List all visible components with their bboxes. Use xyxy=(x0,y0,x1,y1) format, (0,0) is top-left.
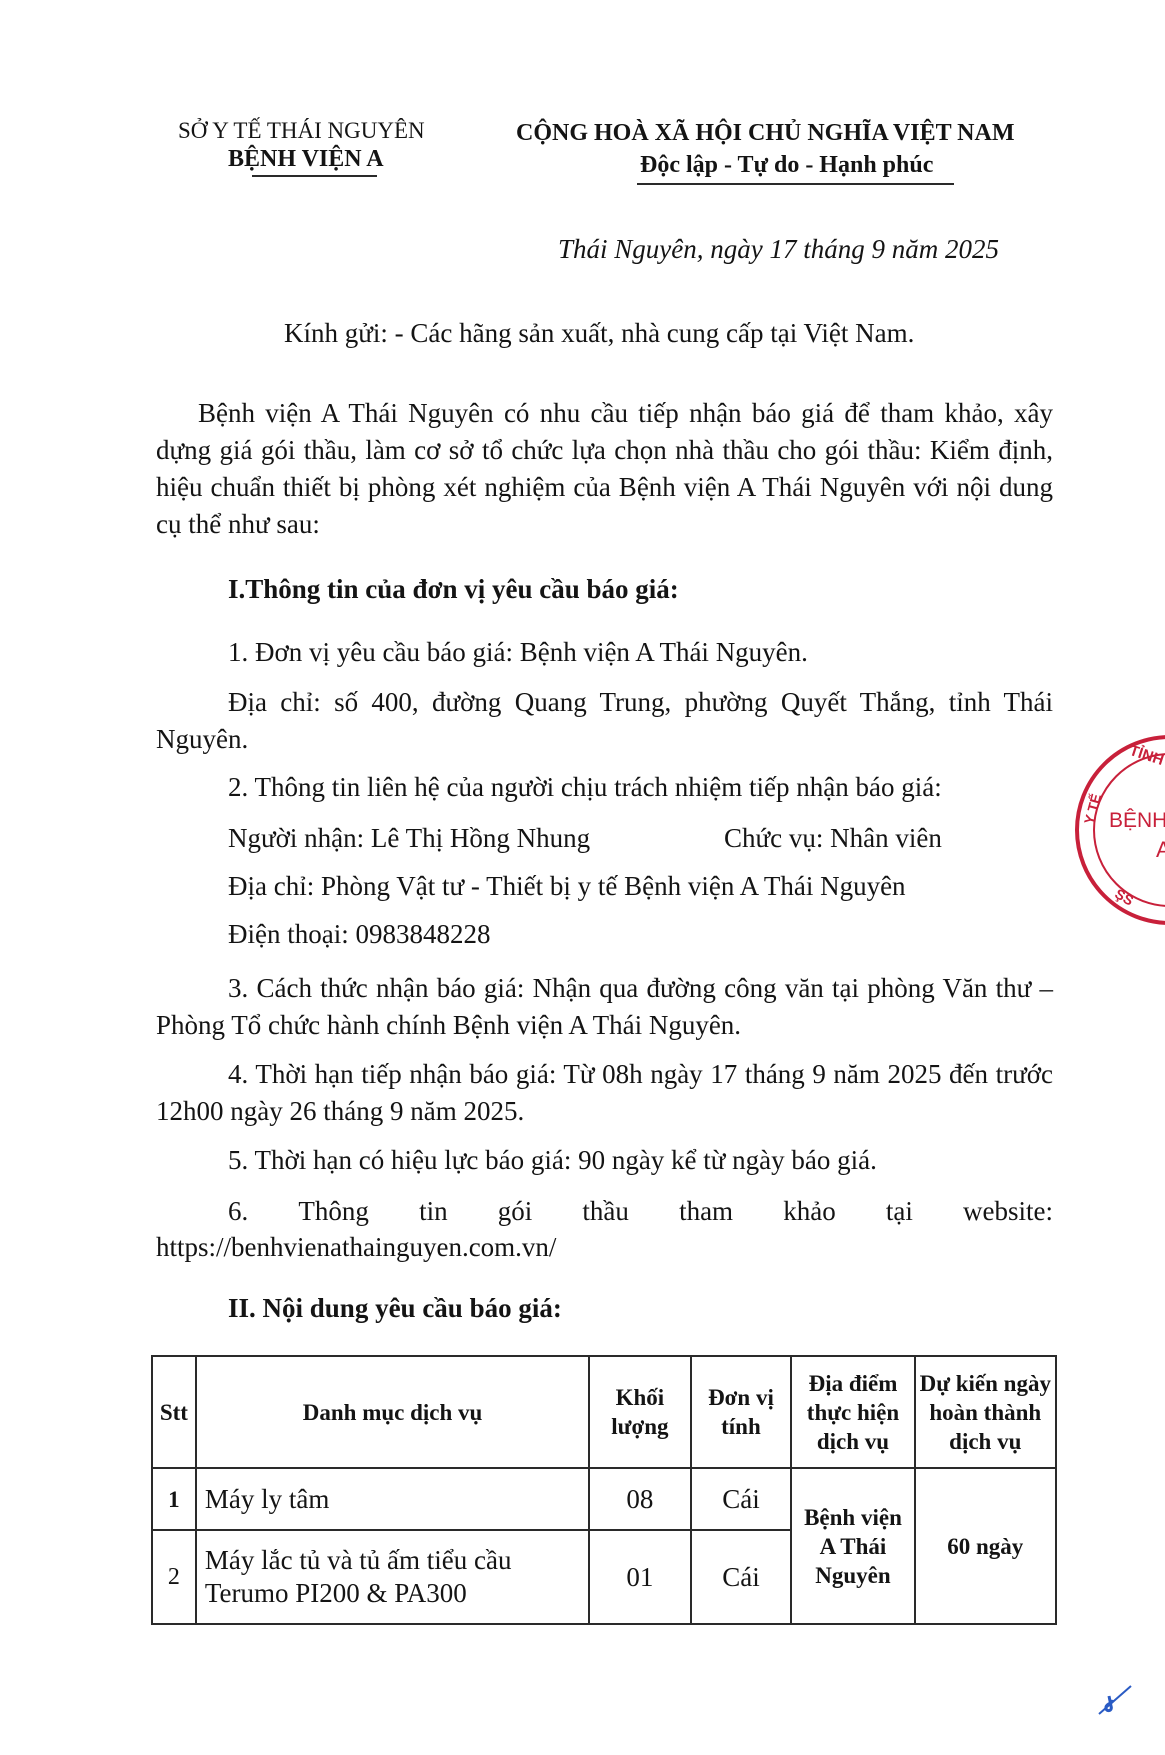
receiving-method: 3. Cách thức nhận báo giá: Nhận qua đườn… xyxy=(156,970,1053,1044)
quote-table: Stt Danh mục dịch vụ Khốilượng Đơn vịtín… xyxy=(151,1355,1057,1625)
requester-address: Địa chỉ: số 400, đường Quang Trung, phườ… xyxy=(156,684,1053,758)
row-quantity: 01 xyxy=(589,1530,690,1624)
requester-line: 1. Đơn vị yêu cầu báo giá: Bệnh viện A T… xyxy=(228,635,808,669)
stamp-center-text-2: A xyxy=(1156,837,1165,863)
contact-heading: 2. Thông tin liên hệ của người chịu trác… xyxy=(228,770,942,804)
place-date: Thái Nguyên, ngày 17 tháng 9 năm 2025 xyxy=(558,232,999,266)
agency-name: SỞ Y TẾ THÁI NGUYÊN xyxy=(178,118,425,144)
receiver-name: Người nhận: Lê Thị Hồng Nhung xyxy=(228,821,590,855)
intro-text: Bệnh viện A Thái Nguyên có nhu cầu tiếp … xyxy=(156,398,1053,539)
validity-period: 5. Thời hạn có hiệu lực báo giá: 90 ngày… xyxy=(228,1143,877,1177)
contact-address: Địa chỉ: Phòng Vật tư - Thiết bị y tế Bệ… xyxy=(228,869,906,903)
row-quantity: 08 xyxy=(589,1468,690,1530)
motto-underline xyxy=(637,183,954,185)
header-duration: Dự kiến ngàyhoàn thànhdịch vụ xyxy=(915,1356,1056,1468)
row-duration: 60 ngày xyxy=(915,1468,1056,1624)
website-line: 6. Thông tin gói thầu tham khảo tại webs… xyxy=(228,1194,1053,1228)
header-quantity: Khốilượng xyxy=(589,1356,690,1468)
receiving-deadline: 4. Thời hạn tiếp nhận báo giá: Từ 08h ng… xyxy=(156,1056,1053,1130)
intro-paragraph: Bệnh viện A Thái Nguyên có nhu cầu tiếp … xyxy=(156,395,1053,543)
header-service: Danh mục dịch vụ xyxy=(196,1356,589,1468)
row-service: Máy lắc tủ và tủ ấm tiểu cầuTerumo PI200… xyxy=(196,1530,589,1624)
stamp-center-text: BỆNH xyxy=(1109,809,1165,833)
initials-signature-icon xyxy=(1095,1680,1135,1720)
table-row: 1 Máy ly tâm 08 Cái Bệnh việnA TháiNguyê… xyxy=(152,1468,1056,1530)
recipient-line: Kính gửi: - Các hãng sản xuất, nhà cung … xyxy=(284,316,914,350)
row-stt: 2 xyxy=(152,1530,196,1624)
row-location: Bệnh việnA TháiNguyên xyxy=(791,1468,914,1624)
row-unit: Cái xyxy=(691,1530,792,1624)
row-stt: 1 xyxy=(152,1468,196,1530)
hospital-name: BỆNH VIỆN A xyxy=(228,146,384,173)
contact-phone: Điện thoại: 0983848228 xyxy=(228,917,490,951)
country-name: CỘNG HOÀ XÃ HỘI CHỦ NGHĨA VIỆT NAM xyxy=(516,120,1015,147)
row-unit: Cái xyxy=(691,1468,792,1530)
section-1-title: I.Thông tin của đơn vị yêu cầu báo giá: xyxy=(228,572,679,606)
motto: Độc lập - Tự do - Hạnh phúc xyxy=(640,152,933,179)
receiver-position: Chức vụ: Nhân viên xyxy=(724,821,942,855)
header-location: Địa điểmthực hiệndịch vụ xyxy=(791,1356,914,1468)
header-unit: Đơn vịtính xyxy=(691,1356,792,1468)
official-stamp: TỈNH Y TẾ BỆNH A ŞS xyxy=(1075,735,1165,925)
row-service: Máy ly tâm xyxy=(196,1468,589,1530)
hospital-underline xyxy=(252,175,377,177)
table-header-row: Stt Danh mục dịch vụ Khốilượng Đơn vịtín… xyxy=(152,1356,1056,1468)
website-link[interactable]: https://benhvienathainguyen.com.vn/ xyxy=(156,1230,556,1264)
section-2-title: II. Nội dung yêu cầu báo giá: xyxy=(228,1291,562,1325)
header-stt: Stt xyxy=(152,1356,196,1468)
